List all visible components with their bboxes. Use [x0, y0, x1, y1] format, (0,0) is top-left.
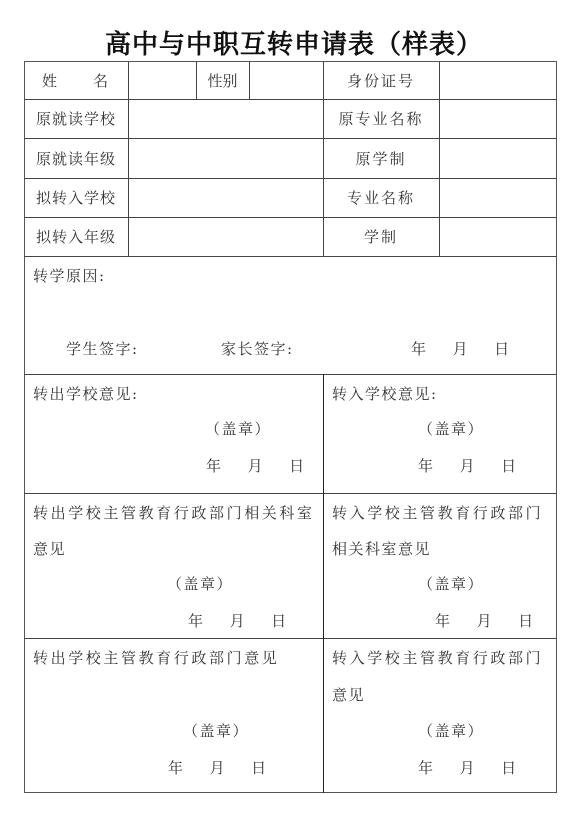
out-dept-opinion-label: 转出学校主管教育行政部门意见	[33, 647, 279, 668]
out-dept-section-opinion-label: 转出学校主管教育行政部门相关科室	[33, 502, 315, 523]
target-grade-input[interactable]	[130, 219, 325, 256]
original-major-label: 原专业名称	[323, 99, 439, 138]
in-dept-section-opinion-label: 转入学校主管教育行政部门	[332, 502, 543, 523]
original-major-input[interactable]	[441, 101, 559, 138]
target-school-label: 拟转入学校	[24, 178, 128, 217]
out-school-seal: （盖章）	[205, 418, 271, 439]
parent-signature-label: 家长签字:	[221, 338, 294, 359]
out-dept-section-seal: （盖章）	[167, 573, 233, 594]
original-school-label: 原就读学校	[24, 99, 128, 138]
target-major-label: 专业名称	[323, 178, 439, 217]
original-grade-input[interactable]	[130, 140, 325, 178]
student-signature-label: 学生签字:	[66, 338, 139, 359]
original-school-system-label: 原学制	[323, 138, 439, 178]
out-dept-seal: （盖章）	[183, 720, 249, 741]
out-school-opinion-label: 转出学校意见:	[33, 383, 139, 404]
name-label: 姓 名	[24, 61, 128, 99]
target-major-input[interactable]	[441, 180, 559, 217]
target-grade-label: 拟转入年级	[24, 217, 128, 256]
id-number-label: 身份证号	[323, 61, 439, 99]
name-label-char1: 姓	[42, 70, 59, 91]
out-dept-date: 年 月 日	[168, 757, 268, 778]
in-dept-date: 年 月 日	[418, 757, 518, 778]
in-dept-seal: （盖章）	[418, 720, 484, 741]
out-school-date: 年 月 日	[206, 455, 306, 476]
reason-date: 年 月 日	[411, 338, 511, 359]
target-school-system-label: 学制	[323, 217, 439, 256]
name-input[interactable]	[130, 63, 198, 99]
in-school-date: 年 月 日	[418, 455, 518, 476]
col-divider	[439, 61, 440, 256]
col-divider	[249, 61, 250, 99]
gender-label: 性别	[196, 61, 249, 99]
transfer-reason-label: 转学原因:	[33, 265, 106, 286]
target-school-system-input[interactable]	[441, 219, 559, 256]
original-school-system-input[interactable]	[441, 140, 559, 178]
gender-input[interactable]	[251, 63, 325, 99]
out-dept-section-opinion-label-cont: 意见	[33, 538, 66, 559]
in-school-seal: （盖章）	[418, 418, 484, 439]
page-title: 高中与中职互转申请表（样表）	[0, 24, 576, 61]
out-dept-section-date: 年 月 日	[188, 610, 288, 631]
name-label-char2: 名	[93, 70, 110, 91]
in-dept-opinion-label-cont: 意见	[332, 684, 365, 705]
transfer-reason-input[interactable]	[30, 288, 554, 332]
target-school-input[interactable]	[130, 180, 325, 217]
original-school-input[interactable]	[130, 101, 325, 138]
original-grade-label: 原就读年级	[24, 138, 128, 178]
id-number-input[interactable]	[441, 63, 559, 99]
in-dept-section-seal: （盖章）	[418, 573, 484, 594]
row-divider	[24, 374, 557, 375]
in-dept-section-date: 年 月 日	[435, 610, 535, 631]
row-divider	[24, 493, 557, 494]
col-divider	[128, 61, 129, 256]
in-school-opinion-label: 转入学校意见:	[332, 383, 438, 404]
in-dept-opinion-label: 转入学校主管教育行政部门	[332, 647, 543, 668]
col-divider	[323, 374, 324, 793]
row-divider	[24, 256, 557, 257]
in-dept-section-opinion-label-cont: 相关科室意见	[332, 538, 431, 559]
row-divider	[24, 638, 557, 639]
